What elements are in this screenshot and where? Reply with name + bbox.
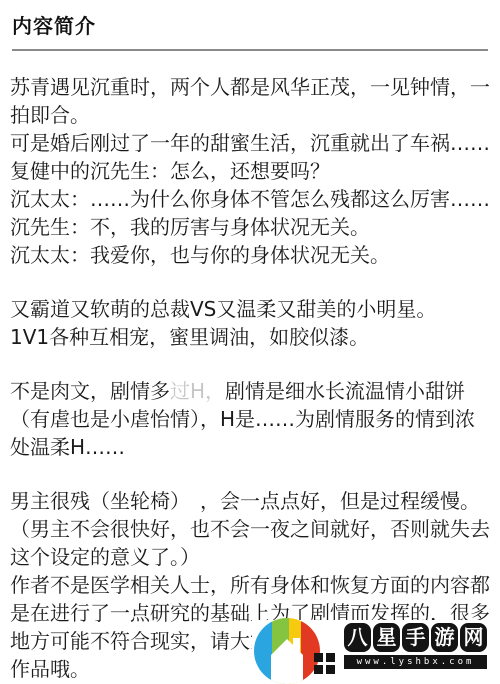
text-segment: 沉太太：……为什么你身体不管怎么残都这么厉害…… <box>10 187 490 211</box>
text-segment: 沉先生：不，我的厉害与身体状况无关。 <box>10 215 370 239</box>
text-segment: 作者不是医学相关人士，所有身体和恢复方面的内容都 <box>10 573 490 597</box>
text-segment: 剧情是细水长流温情小甜饼 <box>225 379 465 403</box>
page-header: 内容简介 <box>0 0 500 39</box>
text-line: 拍即合。 <box>10 101 490 129</box>
pixel-squares-icon <box>314 653 335 674</box>
text-segment: 作品哦。 <box>10 657 90 681</box>
text-segment: 男主很残（坐轮椅） ，会一点点好，但是过程缓慢。 <box>10 489 480 513</box>
paragraph: 不是肉文，剧情多过H，剧情是细水长流温情小甜饼（有虐也是小虐怡情），H是……为剧… <box>10 377 490 461</box>
text-line: 作者不是医学相关人士，所有身体和恢复方面的内容都 <box>10 571 490 599</box>
text-line: 1V1各种互相宠，蜜里调油，如胶似漆。 <box>10 323 490 351</box>
text-line: 沉太太：我爱你，也与你的身体状况无关。 <box>10 241 490 269</box>
synopsis-page: 内容简介 苏青遇见沉重时，两个人都是风华正茂，一见钟情，一拍即合。可是婚后刚过了… <box>0 0 500 684</box>
paragraph: 苏青遇见沉重时，两个人都是风华正茂，一见钟情，一拍即合。可是婚后刚过了一年的甜蜜… <box>10 73 490 269</box>
synopsis-body: 苏青遇见沉重时，两个人都是风华正茂，一见钟情，一拍即合。可是婚后刚过了一年的甜蜜… <box>0 51 500 683</box>
text-segment: 苏青遇见沉重时，两个人都是风华正茂，一见钟情，一 <box>10 75 490 99</box>
text-segment: 拍即合。 <box>10 103 90 127</box>
text-line: （有虐也是小虐怡情），H是……为剧情服务的情到浓 <box>10 405 490 433</box>
text-line: 这个设定的意义了。） <box>10 543 490 571</box>
faded-text: 过H， <box>170 379 225 403</box>
text-segment: （有虐也是小虐怡情），H是……为剧情服务的情到浓 <box>10 407 475 431</box>
text-line: 沉先生：不，我的厉害与身体状况无关。 <box>10 213 490 241</box>
text-line: 苏青遇见沉重时，两个人都是风华正茂，一见钟情，一 <box>10 73 490 101</box>
text-line: 复健中的沉先生：怎么，还想要吗？ <box>10 157 490 185</box>
text-line: （男主不会很快好，也不会一夜之间就好，否则就失去 <box>10 515 490 543</box>
text-segment: 这个设定的意义了。） <box>10 545 200 569</box>
text-segment: 1V1各种互相宠，蜜里调油，如胶似漆。 <box>10 325 369 349</box>
site-name-tile: 手 <box>402 623 429 652</box>
text-segment: 不是肉文，剧情多 <box>10 379 170 403</box>
site-name-tile: 游 <box>431 623 458 652</box>
text-segment: 地方可能不符合现实，请大家 <box>10 629 270 653</box>
text-segment: 可是婚后刚过了一年的甜蜜生活，沉重就出了车祸…… <box>10 131 490 155</box>
text-segment: 又霸道又软萌的总裁VS又温柔又甜美的小明星。 <box>10 297 436 321</box>
text-line: 又霸道又软萌的总裁VS又温柔又甜美的小明星。 <box>10 295 490 323</box>
site-watermark: 八星手游网 www.lyshbx.com <box>252 620 500 684</box>
text-line: 不是肉文，剧情多过H，剧情是细水长流温情小甜饼 <box>10 377 490 405</box>
text-segment: （男主不会很快好，也不会一夜之间就好，否则就失去 <box>10 517 490 541</box>
text-line: 可是婚后刚过了一年的甜蜜生活，沉重就出了车祸…… <box>10 129 490 157</box>
page-title: 内容简介 <box>12 13 488 39</box>
site-name-tiles: 八星手游网 <box>344 623 489 652</box>
site-name-tile: 网 <box>460 623 487 652</box>
rainbow-house-logo-icon <box>254 618 320 684</box>
text-segment: 沉太太：我爱你，也与你的身体状况无关。 <box>10 243 390 267</box>
text-segment: 处温柔H…… <box>10 435 125 459</box>
site-url: www.lyshbx.com <box>344 655 487 669</box>
site-name-tile: 星 <box>373 623 400 652</box>
site-name-tile: 八 <box>344 623 371 652</box>
text-line: 沉太太：……为什么你身体不管怎么残都这么厉害…… <box>10 185 490 213</box>
text-segment: 复健中的沉先生：怎么，还想要吗？ <box>10 159 330 183</box>
paragraph: 又霸道又软萌的总裁VS又温柔又甜美的小明星。1V1各种互相宠，蜜里调油，如胶似漆… <box>10 295 490 351</box>
text-line: 处温柔H…… <box>10 433 490 461</box>
text-line: 男主很残（坐轮椅） ，会一点点好，但是过程缓慢。 <box>10 487 490 515</box>
